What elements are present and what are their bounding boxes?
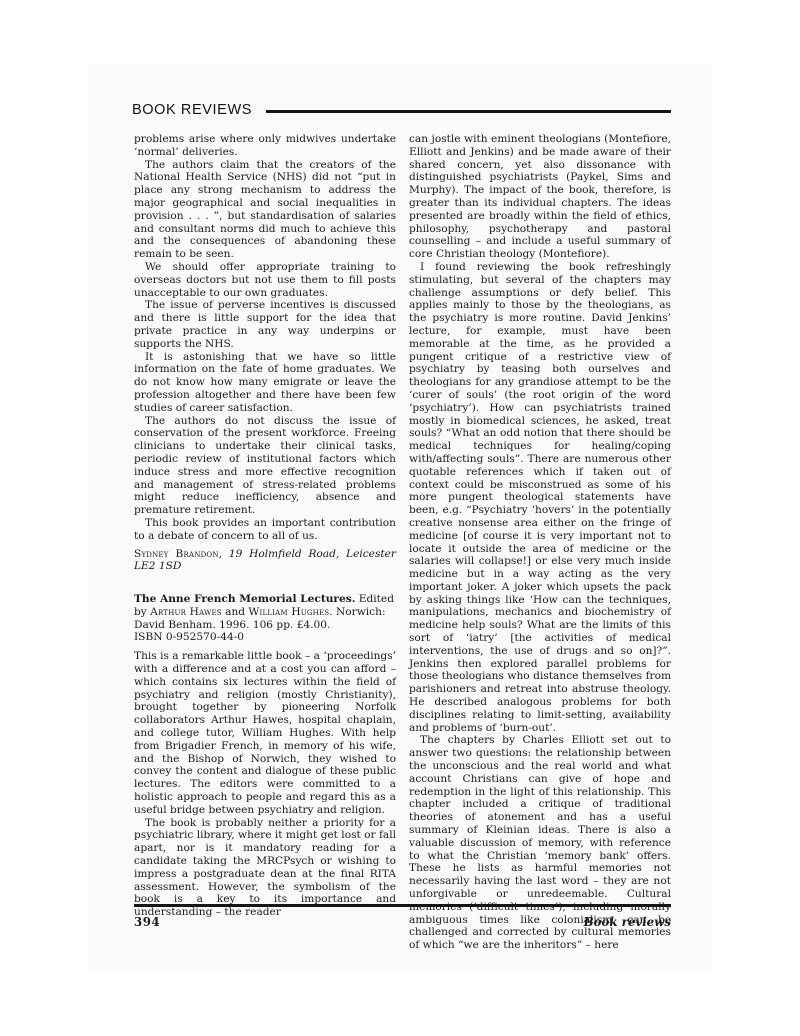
signature-separator: , <box>219 548 229 560</box>
header-rule <box>266 110 671 113</box>
footer-row: 394 Book reviews <box>134 915 671 929</box>
right-column: can jostle with eminent theologians (Mon… <box>409 133 671 952</box>
page-title: BOOK REVIEWS <box>132 102 252 118</box>
paragraph: can jostle with eminent theologians (Mon… <box>409 133 671 261</box>
two-column-text: problems arise where only midwives under… <box>134 133 671 952</box>
page-number: 394 <box>134 915 160 929</box>
paragraph: It is astonishing that we have so little… <box>134 351 396 415</box>
citation-text: and <box>222 606 249 618</box>
book-citation: The Anne French Memorial Lectures. Edite… <box>134 593 396 644</box>
page-header: BOOK REVIEWS <box>132 102 671 118</box>
running-title: Book reviews <box>584 915 671 929</box>
paragraph: This book provides an important contribu… <box>134 517 396 543</box>
paragraph: problems arise where only midwives under… <box>134 133 396 159</box>
left-column: problems arise where only midwives under… <box>134 133 396 952</box>
book-title: The Anne French Memorial Lectures. <box>134 593 355 605</box>
footer-rule <box>134 904 671 907</box>
editor-name: Arthur Hawes <box>150 606 222 618</box>
reviewer-name: Sydney Brandon <box>134 548 219 560</box>
paragraph: The issue of perverse incentives is disc… <box>134 299 396 350</box>
page-footer: 394 Book reviews <box>134 904 671 929</box>
scanned-journal-page: BOOK REVIEWS problems arise where only m… <box>0 0 800 1036</box>
paragraph: I found reviewing the book refreshingly … <box>409 261 671 734</box>
page: BOOK REVIEWS problems arise where only m… <box>88 64 712 972</box>
paragraph: We should offer appropriate training to … <box>134 261 396 299</box>
editor-name: William Hughes <box>248 606 329 618</box>
paragraph: The authors do not discuss the issue of … <box>134 415 396 517</box>
paragraph: The authors claim that the creators of t… <box>134 159 396 261</box>
reviewer-signature: Sydney Brandon, 19 Holmfield Road, Leice… <box>134 548 396 574</box>
paragraph: This is a remarkable little book – a ‘pr… <box>134 650 396 816</box>
book-isbn: ISBN 0-952570-44-0 <box>134 631 396 644</box>
